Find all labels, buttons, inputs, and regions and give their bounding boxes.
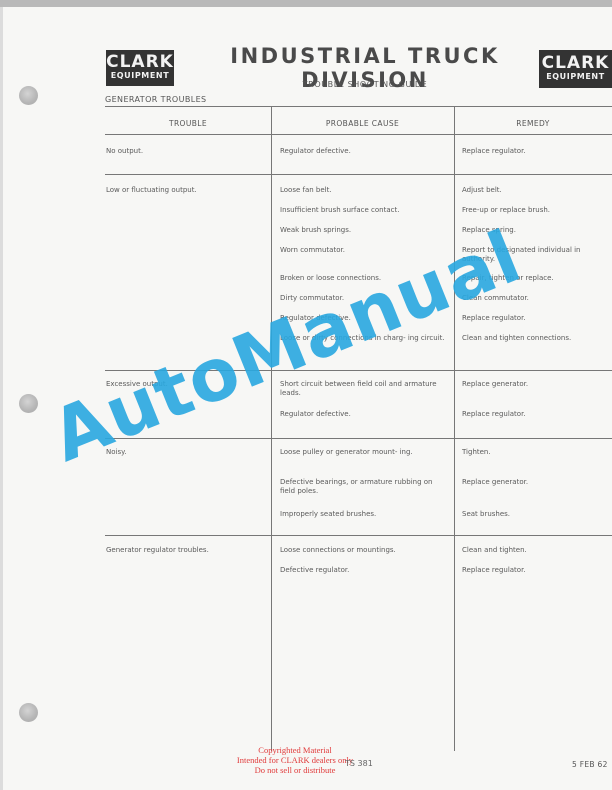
cause-cell: Loose fan belt.	[280, 186, 448, 195]
cause-cell: Defective bearings, or armature rubbing …	[280, 478, 448, 496]
logo-brand: CLARK	[106, 50, 174, 71]
clark-logo-left: CLARK EQUIPMENT	[106, 50, 174, 86]
remedy-cell: Replace regulator.	[462, 566, 607, 575]
copyright-line: Do not sell or distribute	[230, 765, 360, 775]
logo-sub: EQUIPMENT	[539, 72, 612, 82]
remedy-cell: Clean and tighten connections.	[462, 334, 607, 343]
cause-cell: Regulator defective.	[280, 147, 448, 156]
remedy-cell: Tighten.	[462, 448, 607, 457]
remedy-cell: Replace regulator.	[462, 410, 607, 419]
cause-cell: Loose connections or mountings.	[280, 546, 448, 555]
punch-hole-icon	[19, 86, 38, 105]
cause-cell: Insufficient brush surface contact.	[280, 206, 448, 215]
group-separator	[105, 438, 612, 439]
group-separator	[105, 134, 612, 135]
trouble-cell: Low or fluctuating output.	[106, 186, 266, 195]
trouble-cell: Generator regulator troubles.	[106, 546, 266, 555]
copyright-notice: Copyrighted Material Intended for CLARK …	[230, 745, 360, 775]
cause-cell: Improperly seated brushes.	[280, 510, 448, 519]
trouble-cell: No output.	[106, 147, 266, 156]
scan-left-edge	[0, 7, 3, 790]
column-header: TROUBLE	[105, 119, 271, 128]
column-header: REMEDY	[454, 119, 612, 128]
column-header: PROBABLE CAUSE	[271, 119, 454, 128]
remedy-cell: Adjust belt.	[462, 186, 607, 195]
scan-top-edge	[0, 0, 612, 7]
punch-hole-icon	[19, 394, 38, 413]
table-top-rule	[105, 106, 612, 107]
group-separator	[105, 174, 612, 175]
remedy-cell: Replace regulator.	[462, 314, 607, 323]
copyright-line: Intended for CLARK dealers only	[230, 755, 360, 765]
group-separator	[105, 535, 612, 536]
logo-brand: CLARK	[539, 50, 612, 72]
logo-sub: EQUIPMENT	[106, 71, 174, 81]
clark-logo-right: CLARK EQUIPMENT	[539, 50, 612, 88]
column-divider	[271, 106, 272, 751]
remedy-cell: Clean and tighten.	[462, 546, 607, 555]
cause-cell: Regulator defective.	[280, 410, 448, 419]
cause-cell: Loose pulley or generator mount- ing.	[280, 448, 448, 457]
remedy-cell: Seat brushes.	[462, 510, 607, 519]
remedy-cell: Replace generator.	[462, 478, 607, 487]
remedy-cell: Replace generator.	[462, 380, 607, 389]
document-date: 5 FEB 62	[572, 760, 608, 769]
remedy-cell: Free-up or replace brush.	[462, 206, 607, 215]
cause-cell: Defective regulator.	[280, 566, 448, 575]
remedy-cell: Replace regulator.	[462, 147, 607, 156]
section-heading: GENERATOR TROUBLES	[105, 95, 207, 104]
punch-hole-icon	[19, 703, 38, 722]
cause-cell: Weak brush springs.	[280, 226, 448, 235]
column-divider	[454, 106, 455, 751]
copyright-line: Copyrighted Material	[230, 745, 360, 755]
document-subtitle: TROUBLE SHOOTING GUIDE	[260, 80, 470, 89]
page-number: TS 381	[345, 759, 373, 768]
